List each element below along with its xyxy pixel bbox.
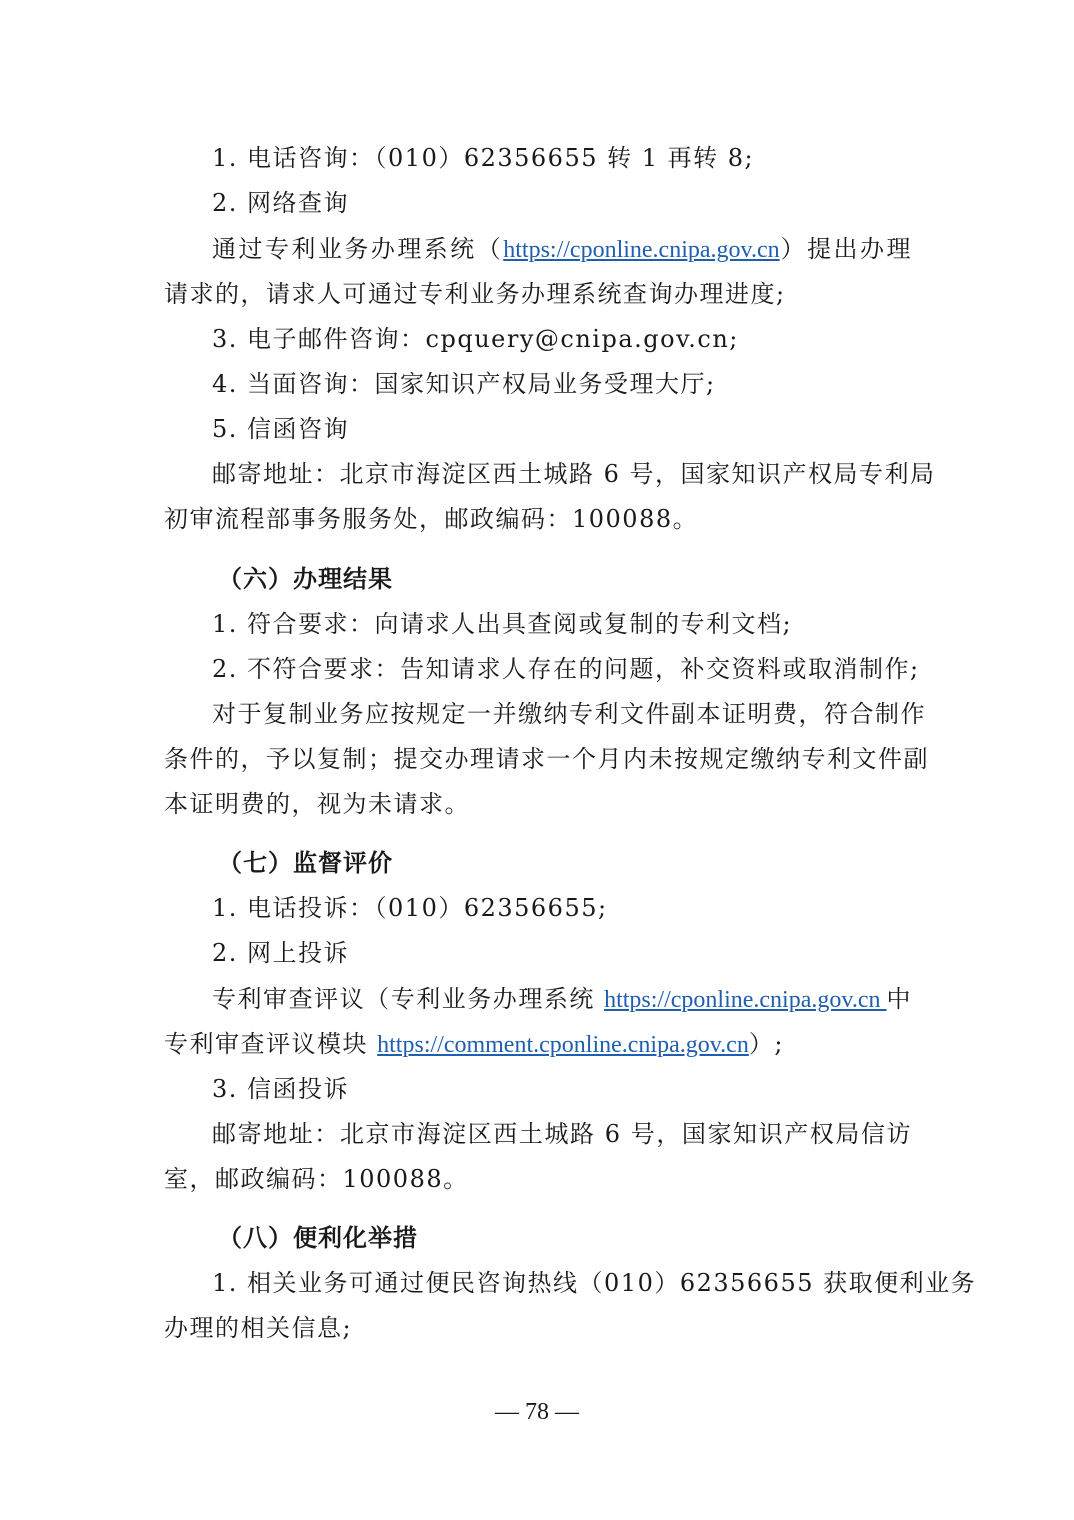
complaint-letter-title: 3. 信函投诉 — [212, 1072, 912, 1106]
complaint-online-desc-cont: 专利审查评议模块 https://comment.cponline.cnipa.… — [164, 1027, 912, 1062]
document-page: 1. 电话咨询：（010）62356655 转 1 再转 8; 2. 网络查询 … — [0, 0, 1074, 1520]
section-heading-convenience: （八）便利化举措 — [218, 1221, 918, 1255]
copy-fee-note-end: 本证明费的，视为未请求。 — [164, 787, 912, 821]
cponline-link-2[interactable]: https://cponline.cnipa.gov.cn — [604, 987, 886, 1013]
complaint-online-title: 2. 网上投诉 — [212, 936, 912, 970]
consult-letter-title: 5. 信函咨询 — [212, 412, 912, 446]
text-fragment: 专利审查评议（专利业务办理系统 — [212, 985, 604, 1013]
complaint-address-cont: 室，邮政编码：100088。 — [164, 1162, 912, 1196]
consult-in-person: 4. 当面咨询：国家知识产权局业务受理大厅; — [212, 367, 912, 401]
complaint-address: 邮寄地址：北京市海淀区西土城路 6 号，国家知识产权局信访 — [212, 1117, 912, 1151]
comment-link[interactable]: https://comment.cponline.cnipa.gov.cn — [377, 1032, 749, 1058]
consult-online-title: 2. 网络查询 — [212, 186, 912, 220]
text-fragment: ）; — [749, 1030, 784, 1058]
text-fragment: 通过专利业务办理系统（ — [212, 235, 503, 263]
cponline-link[interactable]: https://cponline.cnipa.gov.cn — [503, 237, 779, 263]
text-fragment: 专利审查评议模块 — [164, 1030, 377, 1058]
text-fragment: ）提出办理 — [780, 235, 912, 263]
consult-email: 3. 电子邮件咨询：cpquery@cnipa.gov.cn; — [212, 322, 912, 356]
page-number: — 78 — — [0, 1395, 1074, 1429]
text-fragment: 中 — [887, 985, 913, 1013]
consult-online-desc-cont: 请求的，请求人可通过专利业务办理系统查询办理进度; — [164, 277, 912, 311]
mail-address-cont: 初审流程部事务服务处，邮政编码：100088。 — [164, 502, 912, 536]
result-noncompliant: 2. 不符合要求：告知请求人存在的问题，补交资料或取消制作; — [212, 652, 912, 686]
copy-fee-note: 对于复制业务应按规定一并缴纳专利文件副本证明费，符合制作 — [212, 697, 912, 731]
convenience-hotline: 1. 相关业务可通过便民咨询热线（010）62356655 获取便利业务 — [212, 1266, 912, 1300]
section-heading-supervision: （七）监督评价 — [218, 846, 918, 880]
complaint-online-desc: 专利审查评议（专利业务办理系统 https://cponline.cnipa.g… — [212, 982, 912, 1017]
consult-online-desc: 通过专利业务办理系统（https://cponline.cnipa.gov.cn… — [212, 232, 912, 267]
consult-phone: 1. 电话咨询：（010）62356655 转 1 再转 8; — [212, 141, 912, 175]
section-heading-results: （六）办理结果 — [218, 562, 918, 596]
convenience-hotline-cont: 办理的相关信息; — [164, 1311, 912, 1345]
complaint-phone: 1. 电话投诉：（010）62356655; — [212, 891, 912, 925]
result-compliant: 1. 符合要求：向请求人出具查阅或复制的专利文档; — [212, 607, 912, 641]
copy-fee-note-cont: 条件的，予以复制；提交办理请求一个月内未按规定缴纳专利文件副 — [164, 742, 912, 776]
mail-address: 邮寄地址：北京市海淀区西土城路 6 号，国家知识产权局专利局 — [212, 457, 912, 491]
